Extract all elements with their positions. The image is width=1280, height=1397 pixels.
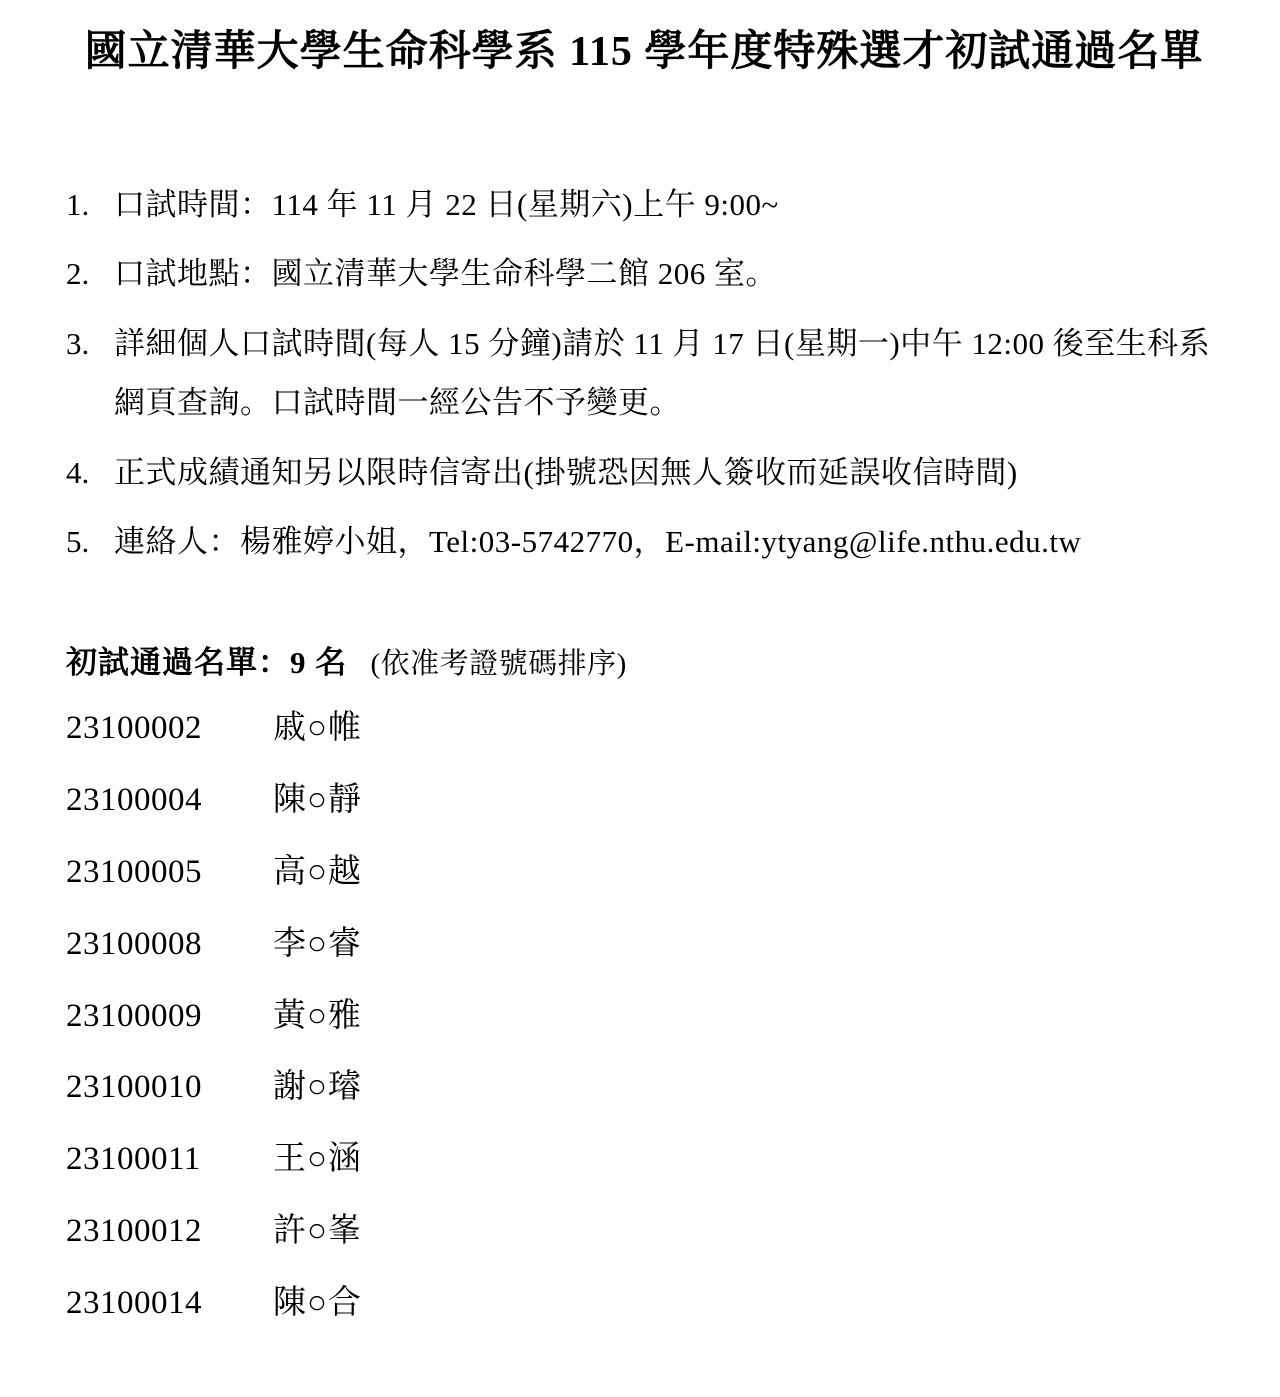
candidate-name: 陳○靜 (273, 777, 1222, 825)
page-title: 國立清華大學生命科學系 115 學年度特殊選才初試通過名單 (66, 26, 1222, 79)
table-row: 23100008 李○睿 (66, 921, 1222, 969)
candidate-name: 陳○合 (273, 1280, 1222, 1328)
note-text: 詳細個人口試時間(每人 15 分鐘)請於 11 月 17 日(星期一)中午 12… (114, 314, 1222, 433)
candidate-name: 許○峯 (273, 1208, 1222, 1256)
note-number: 4. (66, 443, 114, 503)
note-item-2: 2. 口試地點：國立清華大學生命科學二館 206 室。 (66, 244, 1222, 304)
table-row: 23100014 陳○合 (66, 1280, 1222, 1328)
table-row: 23100009 黃○雅 (66, 993, 1222, 1041)
candidate-name: 謝○璿 (273, 1064, 1222, 1112)
candidate-name: 高○越 (273, 849, 1222, 897)
candidate-id: 23100009 (66, 993, 273, 1041)
candidate-name: 王○涵 (273, 1136, 1222, 1184)
candidate-id: 23100004 (66, 777, 273, 825)
note-item-5: 5. 連絡人：楊雅婷小姐，Tel:03-5742770，E-mail:ytyan… (66, 512, 1222, 572)
pass-list-header: 初試通過名單：9 名 (依准考證號碼排序) (66, 638, 1222, 688)
table-row: 23100002 戚○帷 (66, 705, 1222, 753)
table-row: 23100005 高○越 (66, 849, 1222, 897)
table-row: 23100010 謝○璿 (66, 1064, 1222, 1112)
note-text: 正式成績通知另以限時信寄出(掛號恐因無人簽收而延誤收信時間) (114, 443, 1222, 503)
note-item-3: 3. 詳細個人口試時間(每人 15 分鐘)請於 11 月 17 日(星期一)中午… (66, 314, 1222, 433)
pass-list-sort-note: (依准考證號碼排序) (371, 648, 627, 680)
candidate-id: 23100011 (66, 1136, 273, 1184)
spacer (355, 645, 363, 680)
notes-list: 1. 口試時間：114 年 11 月 22 日(星期六)上午 9:00~ 2. … (66, 175, 1222, 572)
candidate-id: 23100002 (66, 705, 273, 753)
document-page: 國立清華大學生命科學系 115 學年度特殊選才初試通過名單 1. 口試時間：11… (0, 0, 1280, 1397)
table-row: 23100012 許○峯 (66, 1208, 1222, 1256)
candidate-id: 23100005 (66, 849, 273, 897)
table-row: 23100004 陳○靜 (66, 777, 1222, 825)
note-number: 2. (66, 244, 114, 304)
candidate-name: 戚○帷 (273, 705, 1222, 753)
candidate-id: 23100012 (66, 1208, 273, 1256)
candidate-id: 23100014 (66, 1280, 273, 1328)
note-item-1: 1. 口試時間：114 年 11 月 22 日(星期六)上午 9:00~ (66, 175, 1222, 235)
candidate-id: 23100008 (66, 921, 273, 969)
candidate-name: 黃○雅 (273, 993, 1222, 1041)
note-item-4: 4. 正式成績通知另以限時信寄出(掛號恐因無人簽收而延誤收信時間) (66, 443, 1222, 503)
note-number: 5. (66, 512, 114, 572)
candidate-name: 李○睿 (273, 921, 1222, 969)
candidate-list: 23100002 戚○帷 23100004 陳○靜 23100005 高○越 2… (66, 705, 1222, 1328)
table-row: 23100011 王○涵 (66, 1136, 1222, 1184)
note-text: 口試地點：國立清華大學生命科學二館 206 室。 (114, 244, 1222, 304)
note-text: 口試時間：114 年 11 月 22 日(星期六)上午 9:00~ (114, 175, 1222, 235)
note-number: 1. (66, 175, 114, 235)
note-number: 3. (66, 314, 114, 374)
note-text: 連絡人：楊雅婷小姐，Tel:03-5742770，E-mail:ytyang@l… (114, 512, 1222, 572)
candidate-id: 23100010 (66, 1064, 273, 1112)
pass-list-title: 初試通過名單：9 名 (66, 645, 347, 680)
